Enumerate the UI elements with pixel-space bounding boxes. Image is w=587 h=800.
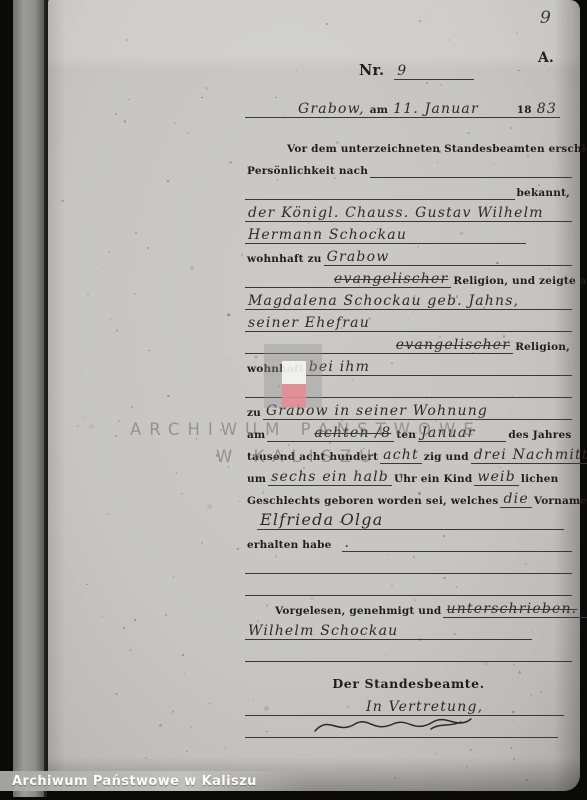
paper-speck	[87, 293, 88, 294]
paper-speck	[207, 504, 212, 509]
form-row: Persönlichkeit nach	[245, 156, 572, 178]
printed-form-text: zu	[245, 407, 263, 420]
paper-speck	[213, 101, 215, 103]
archive-watermark-text-line1: ARCHIWUM PAŃSTWOWE	[130, 420, 482, 439]
paper-speck	[135, 232, 137, 234]
paper-speck	[174, 122, 176, 124]
handwritten-entry: Wilhelm Schockau	[245, 623, 401, 640]
printed-form-text: zig und	[422, 451, 471, 464]
printed-form-text: Geschlechts geboren worden sei, welches	[245, 495, 500, 508]
paper-speck	[86, 584, 87, 585]
paper-speck	[186, 751, 188, 753]
paper-speck	[526, 779, 528, 781]
paper-speck	[52, 326, 53, 327]
paper-speck	[114, 525, 115, 526]
paper-speck	[277, 41, 278, 42]
handwritten-entry: unterschrieben.	[443, 601, 580, 618]
paper-speck	[226, 359, 227, 360]
paper-speck	[118, 420, 120, 422]
ruled-line	[245, 737, 311, 738]
paper-speck	[173, 576, 174, 577]
paper-speck	[129, 649, 131, 651]
handwritten-entry: drei Nachmittags	[471, 447, 587, 464]
paper-speck	[165, 495, 166, 496]
ruled-line	[440, 79, 474, 80]
paper-speck	[107, 513, 109, 515]
page-number: 9	[540, 8, 551, 28]
handwritten-entry: Grabow	[324, 249, 393, 266]
scanned-document: 9 A. Nr.9Grabow,am11. Januar1883Vor dem …	[0, 0, 587, 800]
printed-form-text: Nr.	[357, 62, 386, 80]
paper-speck	[159, 724, 161, 726]
paper-speck	[419, 20, 421, 22]
paper-speck	[394, 777, 396, 779]
handwritten-entry: acht	[380, 447, 422, 464]
paper-speck	[466, 766, 468, 768]
paper-speck	[241, 253, 244, 256]
paper-speck	[82, 417, 84, 419]
printed-form-text: lichen	[519, 473, 561, 486]
paper-speck	[470, 749, 472, 751]
paper-speck	[513, 758, 515, 760]
paper-speck	[110, 318, 111, 319]
paper-speck	[489, 50, 490, 51]
printed-form-text: Der Standesbeamte.	[330, 676, 486, 692]
paper-speck	[326, 23, 328, 25]
paper-speck	[77, 258, 78, 259]
paper-speck	[229, 161, 232, 164]
printed-form-text: Persönlichkeit nach	[245, 165, 370, 178]
handwritten-entry: Elfrieda Olga	[257, 510, 386, 530]
form-row: Grabow,am11. Januar1883	[245, 96, 572, 118]
paper-speck	[167, 395, 170, 398]
handwritten-entry: Magdalena Schockau geb. Jahns,	[245, 293, 522, 310]
printed-form-text: wohnhaft zu	[245, 253, 324, 266]
signature-flourish	[311, 713, 481, 738]
handwritten-entry: der Königl. Chauss. Gustav Wilhelm	[245, 205, 547, 222]
paper-speck	[69, 29, 70, 30]
form-row: seiner Ehefrau	[245, 310, 572, 332]
ruled-line	[580, 617, 587, 618]
handwritten-entry: 9	[394, 63, 440, 80]
paper-speck	[239, 501, 240, 502]
paper-speck	[134, 619, 136, 621]
paper-speck	[147, 247, 148, 248]
printed-form-text: Religion,	[513, 341, 572, 354]
archive-watermark-logo	[264, 344, 322, 408]
printed-form-text: erhalten habe	[245, 539, 334, 552]
ruled-line	[245, 661, 572, 662]
form-row: Elfrieda Olga	[245, 508, 572, 530]
handwritten-entry: Grabow,	[295, 101, 368, 118]
paper-speck	[228, 466, 230, 468]
paper-speck	[61, 200, 63, 202]
paper-speck	[112, 708, 113, 709]
paper-speck	[91, 43, 93, 45]
paper-speck	[124, 120, 126, 122]
paper-speck	[115, 435, 117, 437]
form-row: Vor dem unterzeichneten Standesbeamten e…	[245, 134, 572, 156]
paper-speck	[101, 391, 103, 393]
paper-speck	[116, 329, 118, 331]
handwritten-entry: 83	[534, 101, 560, 118]
handwritten-entry: Hermann Schockau	[245, 227, 410, 244]
paper-speck	[224, 748, 225, 749]
form-row: Magdalena Schockau geb. Jahns,	[245, 288, 572, 310]
paper-speck	[131, 406, 133, 408]
ruled-line	[245, 117, 295, 118]
paper-speck	[115, 693, 117, 695]
paper-speck	[134, 293, 136, 295]
handwritten-entry: weib	[474, 469, 519, 486]
watermark-flag-red	[282, 384, 306, 407]
form-row: bekannt,	[245, 178, 572, 200]
paper-speck	[237, 548, 239, 550]
form-row	[245, 640, 572, 662]
ruled-line	[482, 117, 515, 118]
form-row: Wilhelm Schockau	[245, 618, 572, 640]
paper-speck	[562, 23, 563, 24]
paper-speck	[182, 654, 184, 656]
paper-speck	[435, 753, 436, 754]
paper-speck	[102, 268, 103, 269]
paper-speck	[511, 747, 513, 749]
handwritten-entry: 11. Januar	[390, 101, 482, 118]
paper-speck	[506, 778, 507, 779]
paper-speck	[101, 616, 103, 618]
form-row	[245, 552, 572, 574]
previous-page-edge	[13, 0, 47, 797]
form-row	[245, 716, 572, 738]
archive-watermark-text-line2: W KALISZU	[216, 447, 379, 466]
paper-speck	[89, 424, 95, 430]
printed-form-text: 18	[515, 104, 534, 118]
paper-speck	[158, 623, 160, 625]
paper-speck	[167, 180, 169, 182]
paper-speck	[128, 99, 130, 101]
paper-speck	[181, 493, 184, 496]
paper-speck	[205, 87, 208, 90]
paper-speck	[108, 251, 109, 252]
paper-speck	[425, 15, 426, 16]
paper-speck	[200, 675, 201, 676]
paper-speck	[148, 350, 149, 351]
paper-speck	[55, 507, 57, 509]
printed-form-text: bekannt,	[515, 187, 572, 200]
handwritten-entry: sechs ein halb	[268, 469, 392, 486]
paper-speck	[227, 314, 230, 317]
printed-form-text: des Jahres	[506, 429, 573, 442]
paper-speck	[201, 97, 202, 98]
printed-form-text: am	[368, 104, 390, 118]
handwritten-entry: die	[500, 491, 531, 508]
paper-speck	[165, 614, 166, 615]
form-row: umsechs ein halbUhr ein Kindweiblichen	[245, 464, 572, 486]
paper-speck	[175, 456, 177, 458]
handwritten-entry: .	[342, 535, 362, 552]
printed-form-text: Vornamen	[532, 495, 587, 508]
printed-form-text: Religion, und zeigte an, daß von der	[451, 275, 587, 288]
paper-speck	[202, 146, 203, 147]
printed-form-text: Uhr ein Kind	[392, 473, 474, 486]
paper-speck	[145, 757, 147, 759]
form-row: wohnhaft zuGrabow	[245, 244, 572, 266]
form-row: Hermann Schockau	[245, 222, 572, 244]
paper-speck	[448, 39, 451, 42]
printed-form-text: um	[245, 473, 268, 486]
paper-speck	[77, 425, 79, 427]
paper-speck	[190, 266, 195, 271]
archive-name-label: Archiwum Państwowe w Kaliszu	[0, 774, 257, 789]
paper-speck	[184, 672, 185, 673]
paper-speck	[201, 542, 203, 544]
paper-speck	[126, 39, 127, 40]
handwritten-entry: evangelischer	[331, 271, 451, 288]
form-row: Vorgelesen, genehmigt undunterschrieben.	[245, 596, 572, 618]
paper-speck	[115, 113, 117, 115]
printed-form-text: Vor dem unterzeichneten Standesbeamten e…	[285, 143, 587, 156]
form-row: Der Standesbeamte.	[245, 670, 572, 692]
paper-speck	[186, 132, 188, 134]
form-row: erhalten habe.	[245, 530, 572, 552]
archive-footer-bar: Archiwum Państwowe w Kaliszu	[0, 771, 306, 791]
paper-speck	[176, 472, 177, 473]
paper-speck	[432, 3, 433, 4]
paper-speck	[172, 710, 174, 712]
paper-speck	[303, 754, 304, 755]
ruled-line	[481, 737, 558, 738]
form-row	[245, 574, 572, 596]
paper-speck	[516, 32, 518, 34]
paper-speck	[190, 726, 192, 728]
form-row: Nr.9	[245, 58, 572, 80]
document-page: 9 A. Nr.9Grabow,am11. Januar1883Vor dem …	[46, 0, 580, 791]
handwritten-entry: evangelischer	[393, 337, 513, 354]
form-row: Geschlechts geboren worden sei, welchesd…	[245, 486, 572, 508]
paper-speck	[209, 703, 211, 705]
printed-form-text: Vorgelesen, genehmigt und	[273, 605, 443, 618]
watermark-flag-white	[282, 361, 306, 384]
paper-speck	[123, 627, 125, 629]
paper-speck	[181, 569, 182, 570]
form-row: der Königl. Chauss. Gustav Wilhelm	[245, 200, 572, 222]
form-row: evangelischerReligion, und zeigte an, da…	[245, 266, 572, 288]
handwritten-entry: seiner Ehefrau	[245, 315, 373, 332]
